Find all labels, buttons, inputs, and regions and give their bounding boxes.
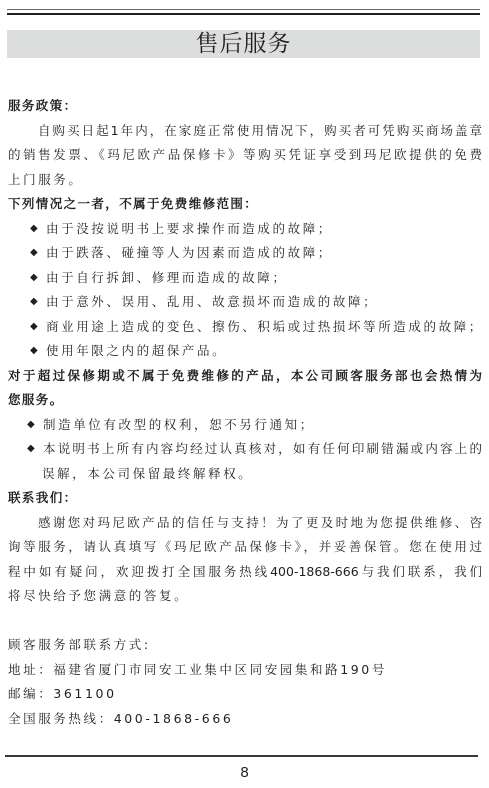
document-body: 服务政策： 自购买日起1年内，在家庭正常使用情况下，购买者可凭购买商场盖章 的销… — [8, 94, 482, 731]
contact-us-line-2: 询等服务，请认真填写《玛尼欧产品保修卡》，并妥善保管。您在使用过 — [8, 535, 482, 560]
exclusion-item-text: 由于没按说明书上要求操作而造成的故障； — [46, 217, 333, 242]
page-number: 8 — [0, 764, 489, 781]
contact-us-line-1: 感谢您对玛尼欧产品的信任与支持！为了更及时地为您提供维修、咨 — [8, 511, 482, 536]
exclusion-item: ◆ 商业用途上造成的变色、擦伤、积垢或过热损坏等所造成的故障； — [8, 315, 482, 340]
exclusion-item-text: 由于意外、误用、乱用、故意损坏而造成的故障； — [46, 290, 378, 315]
notice-item-continuation: 误解，本公司保留最终解释权。 — [8, 462, 482, 487]
contact-info-heading: 顾客服务部联系方式: — [8, 633, 482, 658]
contact-address: 地址：福建省厦门市同安工业集中区同安园集和路190号 — [8, 658, 482, 683]
notice-item: ◆ 制造单位有改型的权利，恕不另行通知； — [8, 413, 482, 438]
exclusions-heading: 下列情况之一者，不属于免费维修范围： — [8, 192, 482, 217]
diamond-bullet-icon: ◆ — [30, 290, 46, 315]
exclusion-item-text: 由于自行拆卸、修理而造成的故障； — [46, 266, 288, 291]
bottom-rule — [5, 755, 478, 757]
notice-item-text: 本说明书上所有内容均经过认真核对，如有任何印刷错漏或内容上的 — [43, 437, 482, 462]
out-of-warranty-line-2: 您服务。 — [8, 388, 482, 413]
out-of-warranty-line-1: 对于超过保修期或不属于免费维修的产品，本公司顾客服务部也会热情为 — [8, 364, 482, 389]
exclusion-item: ◆ 由于没按说明书上要求操作而造成的故障； — [8, 217, 482, 242]
diamond-bullet-icon: ◆ — [30, 266, 46, 291]
contact-postcode: 邮编：361100 — [8, 682, 482, 707]
policy-heading: 服务政策： — [8, 94, 482, 119]
notice-item-text: 制造单位有改型的权利，恕不另行通知； — [43, 413, 315, 438]
contact-hotline: 全国服务热线：400-1868-666 — [8, 707, 482, 732]
spacer — [8, 609, 482, 634]
exclusion-item: ◆ 由于跌落、碰撞等人为因素而造成的故障； — [8, 241, 482, 266]
contact-us-line-3: 程中如有疑问，欢迎拨打全国服务热线400-1868-666与我们联系，我们 — [8, 560, 482, 585]
contact-us-line-4: 将尽快给予您满意的答复。 — [8, 584, 482, 609]
policy-line-2: 的销售发票、《玛尼欧产品保修卡》等购买凭证享受到玛尼欧提供的免费 — [8, 143, 482, 168]
diamond-bullet-icon: ◆ — [30, 241, 46, 266]
policy-line-3: 上门服务。 — [8, 168, 482, 193]
diamond-bullet-icon: ◆ — [30, 217, 46, 242]
diamond-bullet-icon: ◆ — [30, 339, 46, 364]
top-rule-thick — [7, 13, 480, 15]
diamond-bullet-icon: ◆ — [27, 413, 43, 438]
policy-line-1: 自购买日起1年内，在家庭正常使用情况下，购买者可凭购买商场盖章 — [8, 119, 482, 144]
exclusion-item-text: 由于跌落、碰撞等人为因素而造成的故障； — [46, 241, 333, 266]
notice-item: ◆ 本说明书上所有内容均经过认真核对，如有任何印刷错漏或内容上的 — [8, 437, 482, 462]
diamond-bullet-icon: ◆ — [27, 437, 43, 462]
exclusion-item-text: 使用年限之内的超保产品。 — [46, 339, 227, 364]
exclusion-item: ◆ 由于意外、误用、乱用、故意损坏而造成的故障； — [8, 290, 482, 315]
diamond-bullet-icon: ◆ — [30, 315, 46, 340]
top-rule-thin — [7, 9, 480, 10]
page-title: 售后服务 — [196, 30, 292, 58]
contact-us-heading: 联系我们： — [8, 486, 482, 511]
exclusion-item-text: 商业用途上造成的变色、擦伤、积垢或过热损坏等所造成的故障； — [46, 315, 482, 340]
exclusion-item: ◆ 使用年限之内的超保产品。 — [8, 339, 482, 364]
exclusion-item: ◆ 由于自行拆卸、修理而造成的故障； — [8, 266, 482, 291]
title-band: 售后服务 — [7, 30, 480, 58]
